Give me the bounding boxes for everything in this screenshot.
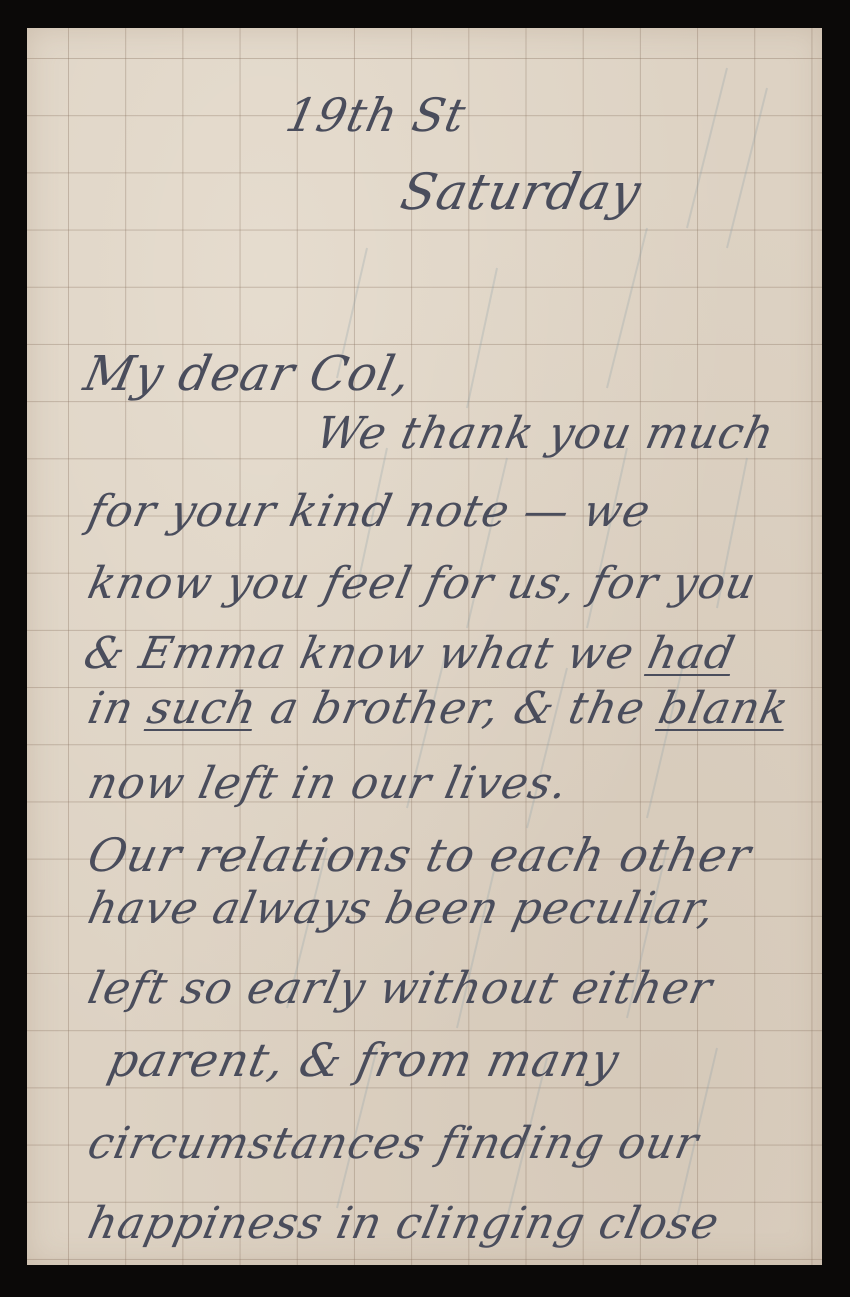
letter-address: 19th St: [281, 88, 471, 142]
letter-day: Saturday: [396, 163, 647, 221]
body-line-5: in such a brother, & the blank: [84, 683, 794, 734]
body-line-8: have always been peculiar,: [84, 883, 720, 934]
body-line-4: & Emma know what we had: [80, 628, 740, 679]
body-line-2: for your kind note — we: [84, 486, 656, 537]
body-line-1: We thank you much: [312, 408, 779, 459]
body-line-10: parent, & from many: [103, 1033, 624, 1087]
body-line-11: circumstances finding our: [84, 1118, 704, 1169]
body-line-12: happiness in clinging close: [84, 1198, 724, 1249]
body-line-9: left so early without either: [84, 963, 718, 1014]
body-line-6: now left in our lives.: [84, 758, 573, 809]
letter-salutation: My dear Col,: [79, 346, 417, 402]
body-line-3: know you feel for us, for you: [84, 558, 761, 609]
letter-page: 19th St Saturday My dear Col, We thank y…: [27, 28, 822, 1265]
body-line-7: Our relations to each other: [83, 828, 756, 882]
